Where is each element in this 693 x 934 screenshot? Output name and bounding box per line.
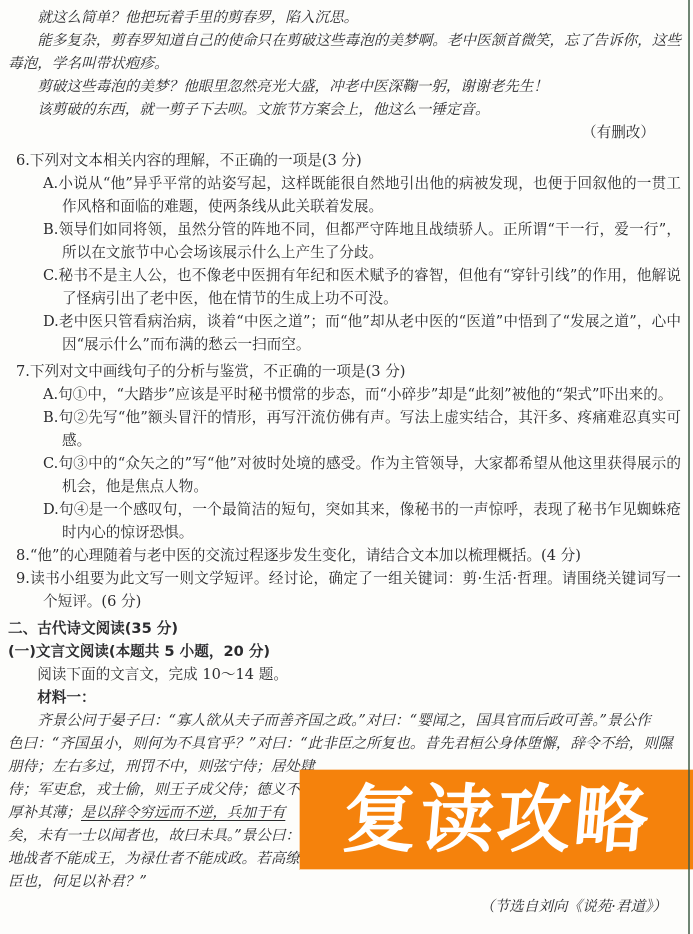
material-source-citation: （节选自刘向《说苑·君道》）	[8, 895, 681, 918]
material-line-plain-part: 厚补其薄；	[8, 804, 81, 821]
material-line: 齐景公问于晏子曰：“寡人欲从夫子而善齐国之政。”对曰：“婴闻之，国具官而后政可善…	[8, 709, 681, 732]
question-6-option-a: A.小说从“他”异乎平常的站姿写起，这样既能很自然地引出他的病被发现，也便于回叙…	[8, 172, 681, 218]
section-subheading: (一)文言文阅读(本题共 5 小题，20 分)	[8, 640, 681, 663]
question-6-option-c: C.秘书不是主人公，也不像老中医拥有年纪和医术赋予的睿智，但他有“穿针引线”的作…	[8, 264, 681, 310]
question-7-stem: 7.下列对文中画线句子的分析与鉴赏，不正确的一项是(3 分)	[8, 360, 681, 383]
question-7-option-d: D.句④是一个感叹句，一个最简洁的短句，突如其来，像秘书的一声惊呼，表现了秘书乍…	[8, 498, 681, 544]
watermark-banner: 复读攻略	[300, 770, 693, 869]
question-7-option-b: B.句②先写“他”额头冒汗的情形，再写汗流仿佛有声。写法上虚实结合，其汗多、疼痛…	[8, 406, 681, 452]
question-6-stem: 6.下列对文本相关内容的理解，不正确的一项是(3 分)	[8, 149, 681, 172]
exam-paper-page: 就这么简单？他把玩着手里的剪春罗，陷入沉思。 能多复杂，剪春罗知道自己的使命只在…	[0, 0, 693, 934]
story-edit-note: （有删改）	[8, 121, 681, 144]
question-6: 6.下列对文本相关内容的理解，不正确的一项是(3 分) A.小说从“他”异乎平常…	[8, 149, 681, 356]
story-paragraph: 就这么简单？他把玩着手里的剪春罗，陷入沉思。	[8, 6, 681, 29]
material-line: 色曰：“齐国虽小，则何为不具官乎？”对曰：“此非臣之所复也。昔先君桓公身体堕懈，…	[8, 732, 681, 755]
story-paragraph: 剪破这些毒泡的美梦？他眼里忽然亮光大盛，冲老中医深鞠一躬，谢谢老先生！	[8, 75, 681, 98]
underlined-passage: 是以辞令穷远而不逆，兵加于有	[81, 804, 285, 821]
question-8-stem: 8.“他”的心理随着与老中医的交流过程逐步发生变化，请结合文本加以梳理概括。(4…	[8, 544, 681, 567]
question-7: 7.下列对文中画线句子的分析与鉴赏，不正确的一项是(3 分) A.句①中，“大踏…	[8, 360, 681, 544]
scan-edge-line	[688, 0, 690, 934]
story-paragraph: 该剪破的东西，就一剪子下去呗。文旅节方案会上，他这么一锤定音。	[8, 98, 681, 121]
question-7-option-c: C.句③中的“众矢之的”写“他”对彼时处境的感受。作为主管领导，大家都希望从他这…	[8, 452, 681, 498]
section-instruction: 阅读下面的文言文，完成 10～14 题。	[8, 663, 681, 686]
material-1-label: 材料一：	[8, 686, 681, 709]
question-6-option-d: D.老中医只管看病治病，谈着“中医之道”；而“他”却从老中医的“医道”中悟到了“…	[8, 310, 681, 356]
question-9-stem: 9.读书小组要为此文写一则文学短评。经讨论，确定了一组关键词：剪·生活·哲理。请…	[8, 567, 681, 613]
section-2-classical-reading: 二、古代诗文阅读(35 分) (一)文言文阅读(本题共 5 小题，20 分) 阅…	[8, 617, 681, 709]
story-paragraph: 能多复杂，剪春罗知道自己的使命只在剪破这些毒泡的美梦啊。老中医颔首微笑，忘了告诉…	[8, 29, 681, 75]
material-line: 臣也，何足以补君？”	[8, 870, 681, 893]
section-heading: 二、古代诗文阅读(35 分)	[8, 617, 681, 640]
question-7-option-a: A.句①中，“大踏步”应该是平时秘书惯常的步态，而“小碎步”却是“此刻”被他的“…	[8, 383, 681, 406]
question-6-option-b: B.领导们如同将领，虽然分管的阵地不同，但都严守阵地且战绩骄人。正所谓“干一行，…	[8, 218, 681, 264]
story-excerpt: 就这么简单？他把玩着手里的剪春罗，陷入沉思。 能多复杂，剪春罗知道自己的使命只在…	[8, 6, 681, 144]
watermark-banner-text: 复读攻略	[339, 783, 653, 857]
